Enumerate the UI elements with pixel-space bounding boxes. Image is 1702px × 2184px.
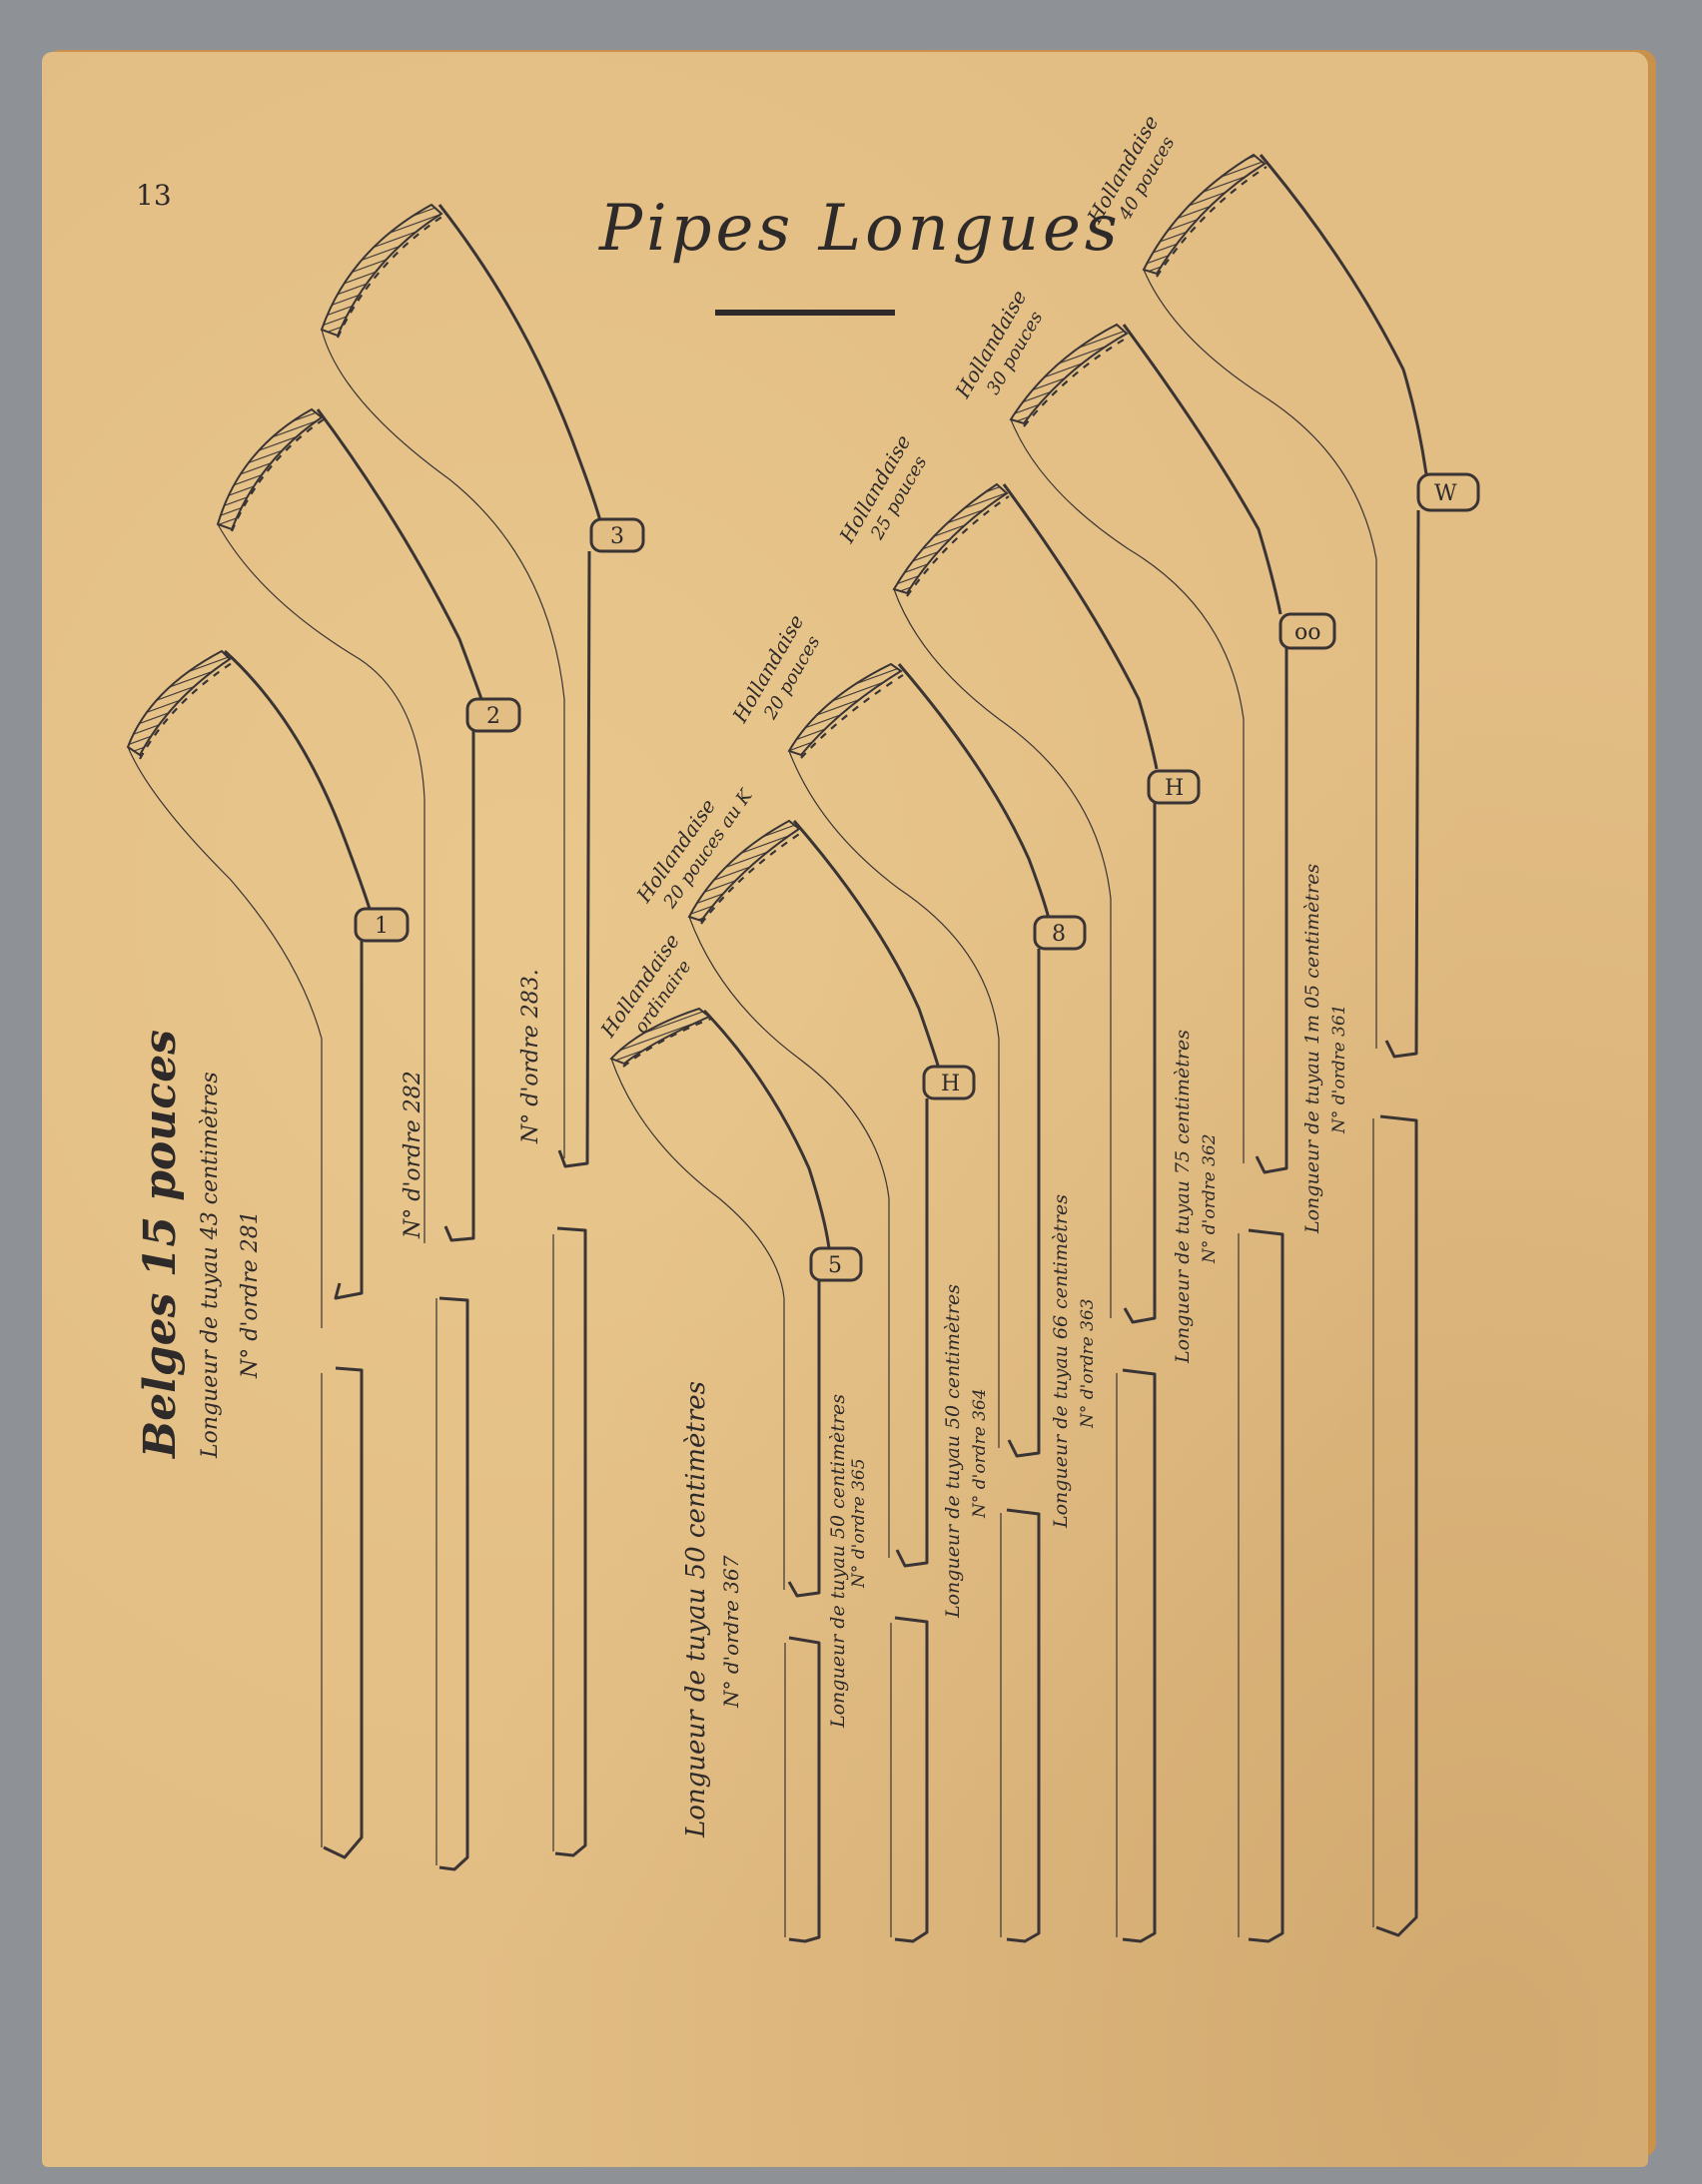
svg-text:N° d'ordre 367: N° d'ordre 367	[719, 1555, 743, 1709]
svg-text:N° d'ordre 364: N° d'ordre 364	[970, 1388, 990, 1519]
belges-label-block: Belges 15 pouces Longueur de tuyau 43 ce…	[135, 1030, 263, 1460]
svg-text:3: 3	[610, 524, 624, 549]
stem-label-364: Longueur de tuyau 50 centimètres N° d'or…	[942, 1284, 990, 1619]
belges-length-label: Longueur de tuyau 43 centimètres	[198, 1072, 223, 1459]
svg-text:N° d'ordre 365: N° d'ordre 365	[849, 1458, 869, 1589]
svg-text:W: W	[1434, 481, 1457, 506]
stem-label-363: Longueur de tuyau 66 centimètres N° d'or…	[1050, 1194, 1098, 1529]
pipe-367: 5	[611, 1009, 861, 1941]
pipe-365: H	[689, 821, 974, 1941]
svg-text:N° d'ordre 363: N° d'ordre 363	[1078, 1298, 1098, 1429]
svg-text:5: 5	[828, 1253, 842, 1278]
bowl-label-363: Hollandaise 25 pouces	[834, 430, 936, 559]
svg-text:Longueur de tuyau 1m 05 centim: Longueur de tuyau 1m 05 centimètres	[1301, 864, 1323, 1234]
pipe-363: H	[894, 484, 1199, 1941]
svg-text:H: H	[941, 1072, 960, 1096]
svg-text:H: H	[1165, 776, 1184, 801]
title-underline	[715, 310, 895, 316]
pipe-drawing: 13 Pipes Longues 1 2 3	[0, 0, 1702, 2184]
stem-label-361: Longueur de tuyau 1m 05 centimètres N° d…	[1301, 864, 1349, 1234]
svg-text:Longueur de tuyau 50 centimètr: Longueur de tuyau 50 centimètres	[681, 1381, 711, 1838]
stem-label-367: Longueur de tuyau 50 centimètres N° d'or…	[681, 1381, 743, 1838]
svg-text:oo: oo	[1294, 620, 1321, 645]
svg-text:8: 8	[1052, 922, 1066, 947]
order-label-283: N° d'ordre 283.	[518, 969, 543, 1144]
svg-text:2: 2	[486, 704, 500, 729]
order-label-281: N° d'ordre 281	[238, 1210, 263, 1379]
pipe-364: 8	[789, 664, 1085, 1941]
svg-text:Longueur de tuyau 50 centimètr: Longueur de tuyau 50 centimètres	[827, 1394, 849, 1729]
page-number: 13	[136, 179, 172, 212]
svg-text:Longueur de tuyau 66 centimètr: Longueur de tuyau 66 centimètres	[1050, 1194, 1072, 1529]
svg-text:N° d'ordre 362: N° d'ordre 362	[1200, 1133, 1220, 1264]
bowl-label-361: Hollandaise 40 pouces	[1082, 111, 1184, 240]
belges-heading: Belges 15 pouces	[135, 1030, 186, 1460]
svg-text:Longueur de tuyau 50 centimètr: Longueur de tuyau 50 centimètres	[942, 1284, 964, 1619]
pipe-282: 2	[218, 409, 519, 1869]
svg-text:1: 1	[375, 914, 389, 939]
order-label-282: N° d'ordre 282	[401, 1071, 425, 1239]
stem-label-362: Longueur de tuyau 75 centimètres N° d'or…	[1172, 1030, 1220, 1364]
bowl-label-365: Hollandaise 20 pouces au K	[631, 769, 758, 921]
page-title: Pipes Longues	[598, 192, 1122, 266]
stem-label-365: Longueur de tuyau 50 centimètres N° d'or…	[827, 1394, 869, 1729]
svg-text:N° d'ordre 361: N° d'ordre 361	[1329, 1004, 1349, 1134]
pipe-283: 3	[322, 205, 643, 1855]
svg-text:Longueur de tuyau 75 centimètr: Longueur de tuyau 75 centimètres	[1172, 1030, 1194, 1364]
